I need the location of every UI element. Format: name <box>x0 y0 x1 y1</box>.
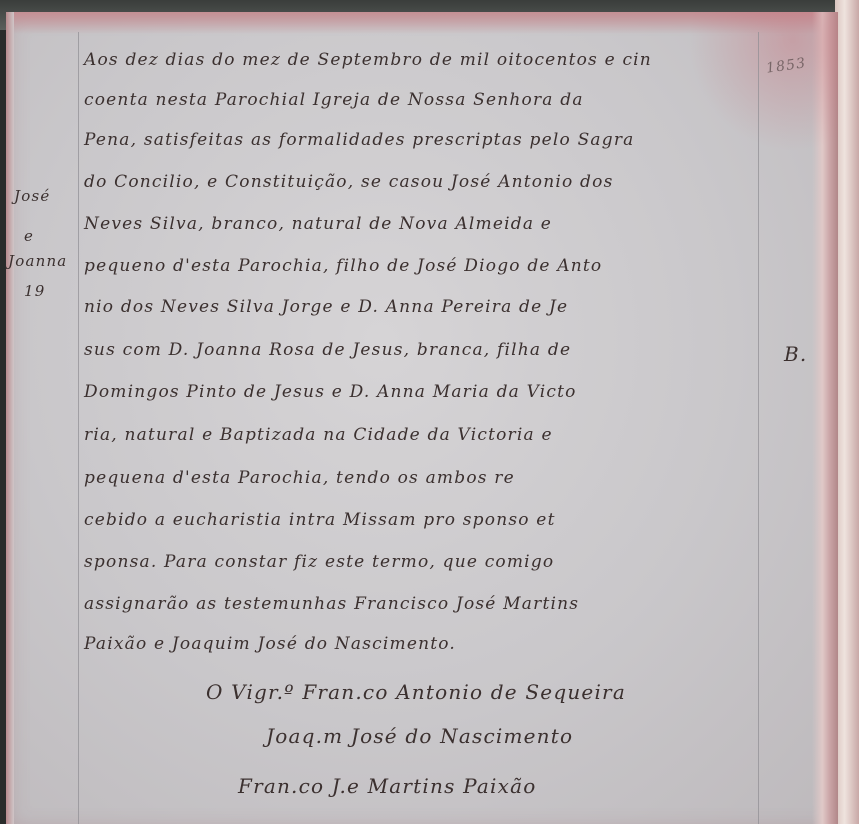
signature-witness-1: Joaq.m José do Nascimento <box>266 724 573 748</box>
document-photo: 1853 José e Joanna 19 B. Aos dez dias do… <box>0 0 859 824</box>
body-line-6: pequeno d'esta Parochia, filho de José D… <box>84 256 602 276</box>
margin-name-groom: José <box>14 187 50 205</box>
margin-conjunction: e <box>24 227 34 245</box>
margin-record-number: 19 <box>24 282 46 300</box>
body-line-4: do Concilio, e Constituição, se casou Jo… <box>84 172 614 192</box>
body-line-11: pequena d'esta Parochia, tendo os ambos … <box>84 468 515 488</box>
signature-vicar: O Vigr.º Fran.co Antonio de Sequeira <box>206 680 626 704</box>
body-line-5: Neves Silva, branco, natural de Nova Alm… <box>84 214 552 234</box>
body-line-13: sponsa. Para constar fiz este termo, que… <box>84 552 554 572</box>
body-line-7: nio dos Neves Silva Jorge e D. Anna Pere… <box>84 297 568 317</box>
ruled-margin-left <box>78 32 79 824</box>
body-line-8: sus com D. Joanna Rosa de Jesus, branca,… <box>84 340 571 360</box>
torn-corner-damage <box>688 12 838 152</box>
book-cover-edge <box>835 0 859 824</box>
body-line-9: Domingos Pinto de Jesus e D. Anna Maria … <box>84 382 577 402</box>
body-line-15: Paixão e Joaquim José do Nascimento. <box>84 634 456 654</box>
ruled-margin-right <box>758 32 759 824</box>
signature-witness-2: Fran.co J.e Martins Paixão <box>238 774 536 798</box>
body-line-3: Pena, satisfeitas as formalidades prescr… <box>84 130 635 150</box>
body-line-1: Aos dez dias do mez de Septembro de mil … <box>84 50 652 70</box>
body-line-14: assignarão as testemunhas Francisco José… <box>84 594 579 614</box>
body-line-2: coenta nesta Parochial Igreja de Nossa S… <box>84 90 584 110</box>
margin-name-bride: Joanna <box>8 252 67 270</box>
page-edge-left <box>6 12 14 824</box>
manuscript-page: 1853 José e Joanna 19 B. Aos dez dias do… <box>6 12 838 824</box>
body-line-10: ria, natural e Baptizada na Cidade da Vi… <box>84 425 553 445</box>
right-margin-mark: B. <box>784 342 807 366</box>
body-line-12: cebido a eucharistia intra Missam pro sp… <box>84 510 556 530</box>
